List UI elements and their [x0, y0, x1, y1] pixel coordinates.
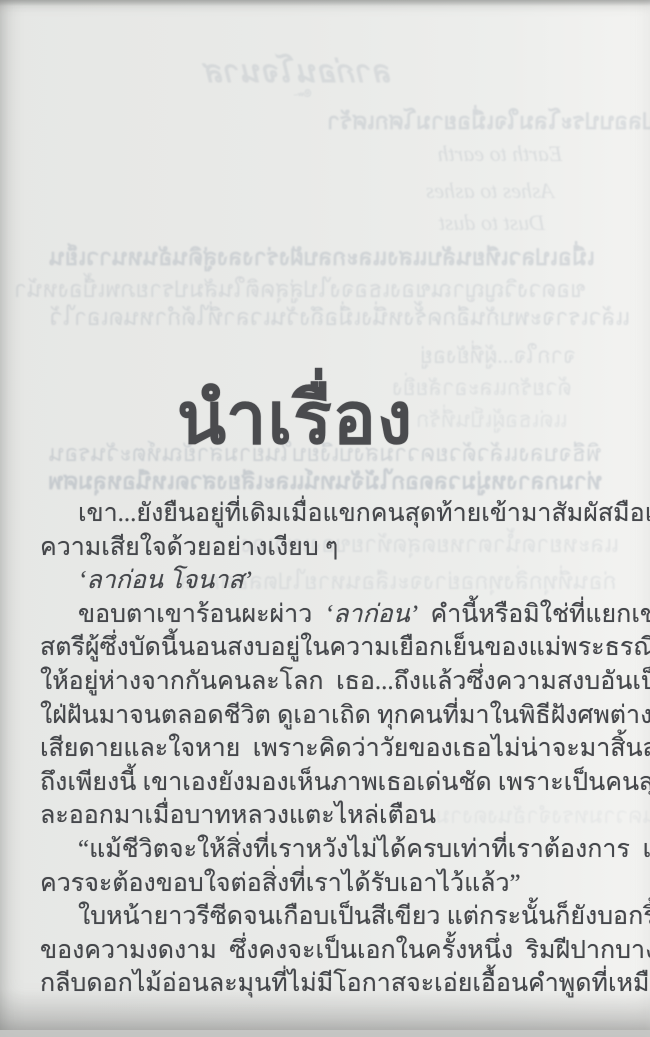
- page-edge-bottom-strip: [0, 1030, 650, 1037]
- text-segment: ใฝ่ฝันมาจนตลอดชีวิต ดูเอาเถิด ทุกคนที่มา…: [40, 702, 650, 729]
- body-text: เขา...ยังยืนอยู่ที่เดิมเมื่อแขกคนสุดท้าย…: [40, 497, 612, 1001]
- text-line: ‘ลาก่อน โจนาส’: [40, 564, 612, 598]
- text-line: ให้อยู่ห่างจากกันคนละโลก เธอ...ถึงแล้วซึ…: [40, 665, 612, 699]
- ghost-bleed-line: ลาก่อนโจนาส: [206, 46, 393, 96]
- text-line: ใบหน้ายาวรีซีดจนเกือบเป็นสีเขียว แต่กระน…: [40, 900, 612, 934]
- ghost-bleed-line: ๛: [294, 80, 313, 105]
- text-line: สตรีผู้ซึ่งบัดนี้นอนสงบอยู่ในความเยือกเย…: [40, 631, 612, 665]
- text-line: “แม้ชีวิตจะให้สิ่งที่เราหวังไม่ได้ครบเท่…: [40, 833, 612, 867]
- text-line: ของความงดงาม ซึ่งคงจะเป็นเอกในครั้งหนึ่ง…: [40, 934, 612, 968]
- text-line: ควรจะต้องขอบใจต่อสิ่งที่เราได้รับเอาไว้แ…: [40, 867, 612, 901]
- text-line: ละออกมาเมื่อบาทหลวงแตะไหล่เตือน: [40, 799, 612, 833]
- ghost-bleed-line: เมื่อเปลวเทียนลับแสงและกลบฝังร่างลงสู่ดิ…: [49, 240, 595, 276]
- ghost-bleed-line: Ashes to ashes: [426, 178, 554, 204]
- text-segment-italic: ‘ลาก่อน โจนาส’: [78, 567, 252, 594]
- ghost-bleed-line: แล้วเราจะพบกันอีกครั้งหนึ่งเมื่อถึงวันเว…: [50, 300, 631, 336]
- ghost-bleed-line: Earth to earth: [438, 141, 563, 167]
- text-segment: ละออกมาเมื่อบาทหลวงแตะไหล่เตือน: [40, 802, 436, 829]
- text-line: ความเสียใจด้วยอย่างเงียบ ๆ: [40, 531, 612, 565]
- ghost-bleed-line: Dust to dust: [439, 210, 545, 236]
- text-line: กลีบดอกไม้อ่อนละมุนที่ไม่มีโอกาสจะเอ่ยเอ…: [40, 967, 612, 1001]
- text-segment: ควรจะต้องขอบใจต่อสิ่งที่เราได้รับเอาไว้แ…: [40, 870, 521, 897]
- text-line: เขา...ยังยืนอยู่ที่เดิมเมื่อแขกคนสุดท้าย…: [40, 497, 612, 531]
- text-segment: “แม้ชีวิตจะให้สิ่งที่เราหวังไม่ได้ครบเท่…: [78, 836, 650, 863]
- text-segment: เสียดายและใจหาย เพราะคิดว่าวัยของเธอไม่น…: [40, 735, 650, 762]
- text-line: ใฝ่ฝันมาจนตลอดชีวิต ดูเอาเถิด ทุกคนที่มา…: [40, 699, 612, 733]
- text-segment-italic: ‘ลาก่อน’: [325, 601, 418, 628]
- text-segment: ถึงเพียงนี้ เขาเองยังมองเห็นภาพเธอเด่นชั…: [40, 769, 650, 796]
- text-line: ขอบตาเขาร้อนผะผ่าว ‘ลาก่อน’ คำนี้หรือมิใ…: [40, 598, 612, 632]
- ghost-bleed-line: ท่ามกลางหมู่มวลดอกไม้จันทน์และเสียงสวดเห…: [48, 464, 602, 500]
- book-page: ลาก่อนโจนาส๛ปลอบประโลมใจเมื่อยามโศกเศร้า…: [0, 0, 650, 1037]
- ghost-bleed-line: ปลอบประโลมใจเมื่อยามโศกเศร้า: [327, 104, 650, 140]
- text-line: เสียดายและใจหาย เพราะคิดว่าวัยของเธอไม่น…: [40, 732, 612, 766]
- text-segment: ให้อยู่ห่างจากกันคนละโลก เธอ...ถึงแล้วซึ…: [40, 668, 650, 695]
- page-edge-top-shadow: [0, 0, 650, 6]
- chapter-heading: นำเรื่อง: [0, 368, 590, 468]
- text-segment: เขา...ยังยืนอยู่ที่เดิมเมื่อแขกคนสุดท้าย…: [78, 500, 650, 527]
- text-segment: กลีบดอกไม้อ่อนละมุนที่ไม่มีโอกาสจะเอ่ยเอ…: [40, 970, 650, 997]
- text-line: ถึงเพียงนี้ เขาเองยังมองเห็นภาพเธอเด่นชั…: [40, 766, 612, 800]
- ghost-bleed-line: ขอดวงวิญญาณของเธอจงไปสู่สุคติในสัมปรายภพ…: [14, 272, 586, 308]
- text-segment: ความเสียใจด้วยอย่างเงียบ ๆ: [40, 534, 338, 561]
- text-segment: ใบหน้ายาวรีซีดจนเกือบเป็นสีเขียว แต่กระน…: [78, 903, 650, 930]
- text-segment: สตรีผู้ซึ่งบัดนี้นอนสงบอยู่ในความเยือกเย…: [40, 634, 650, 661]
- text-segment: ขอบตาเขาร้อนผะผ่าว: [78, 601, 325, 628]
- text-segment: ของความงดงาม ซึ่งคงจะเป็นเอกในครั้งหนึ่ง…: [40, 937, 650, 964]
- text-segment: คำนี้หรือมิใช่ที่แยกเขากับ: [418, 601, 650, 628]
